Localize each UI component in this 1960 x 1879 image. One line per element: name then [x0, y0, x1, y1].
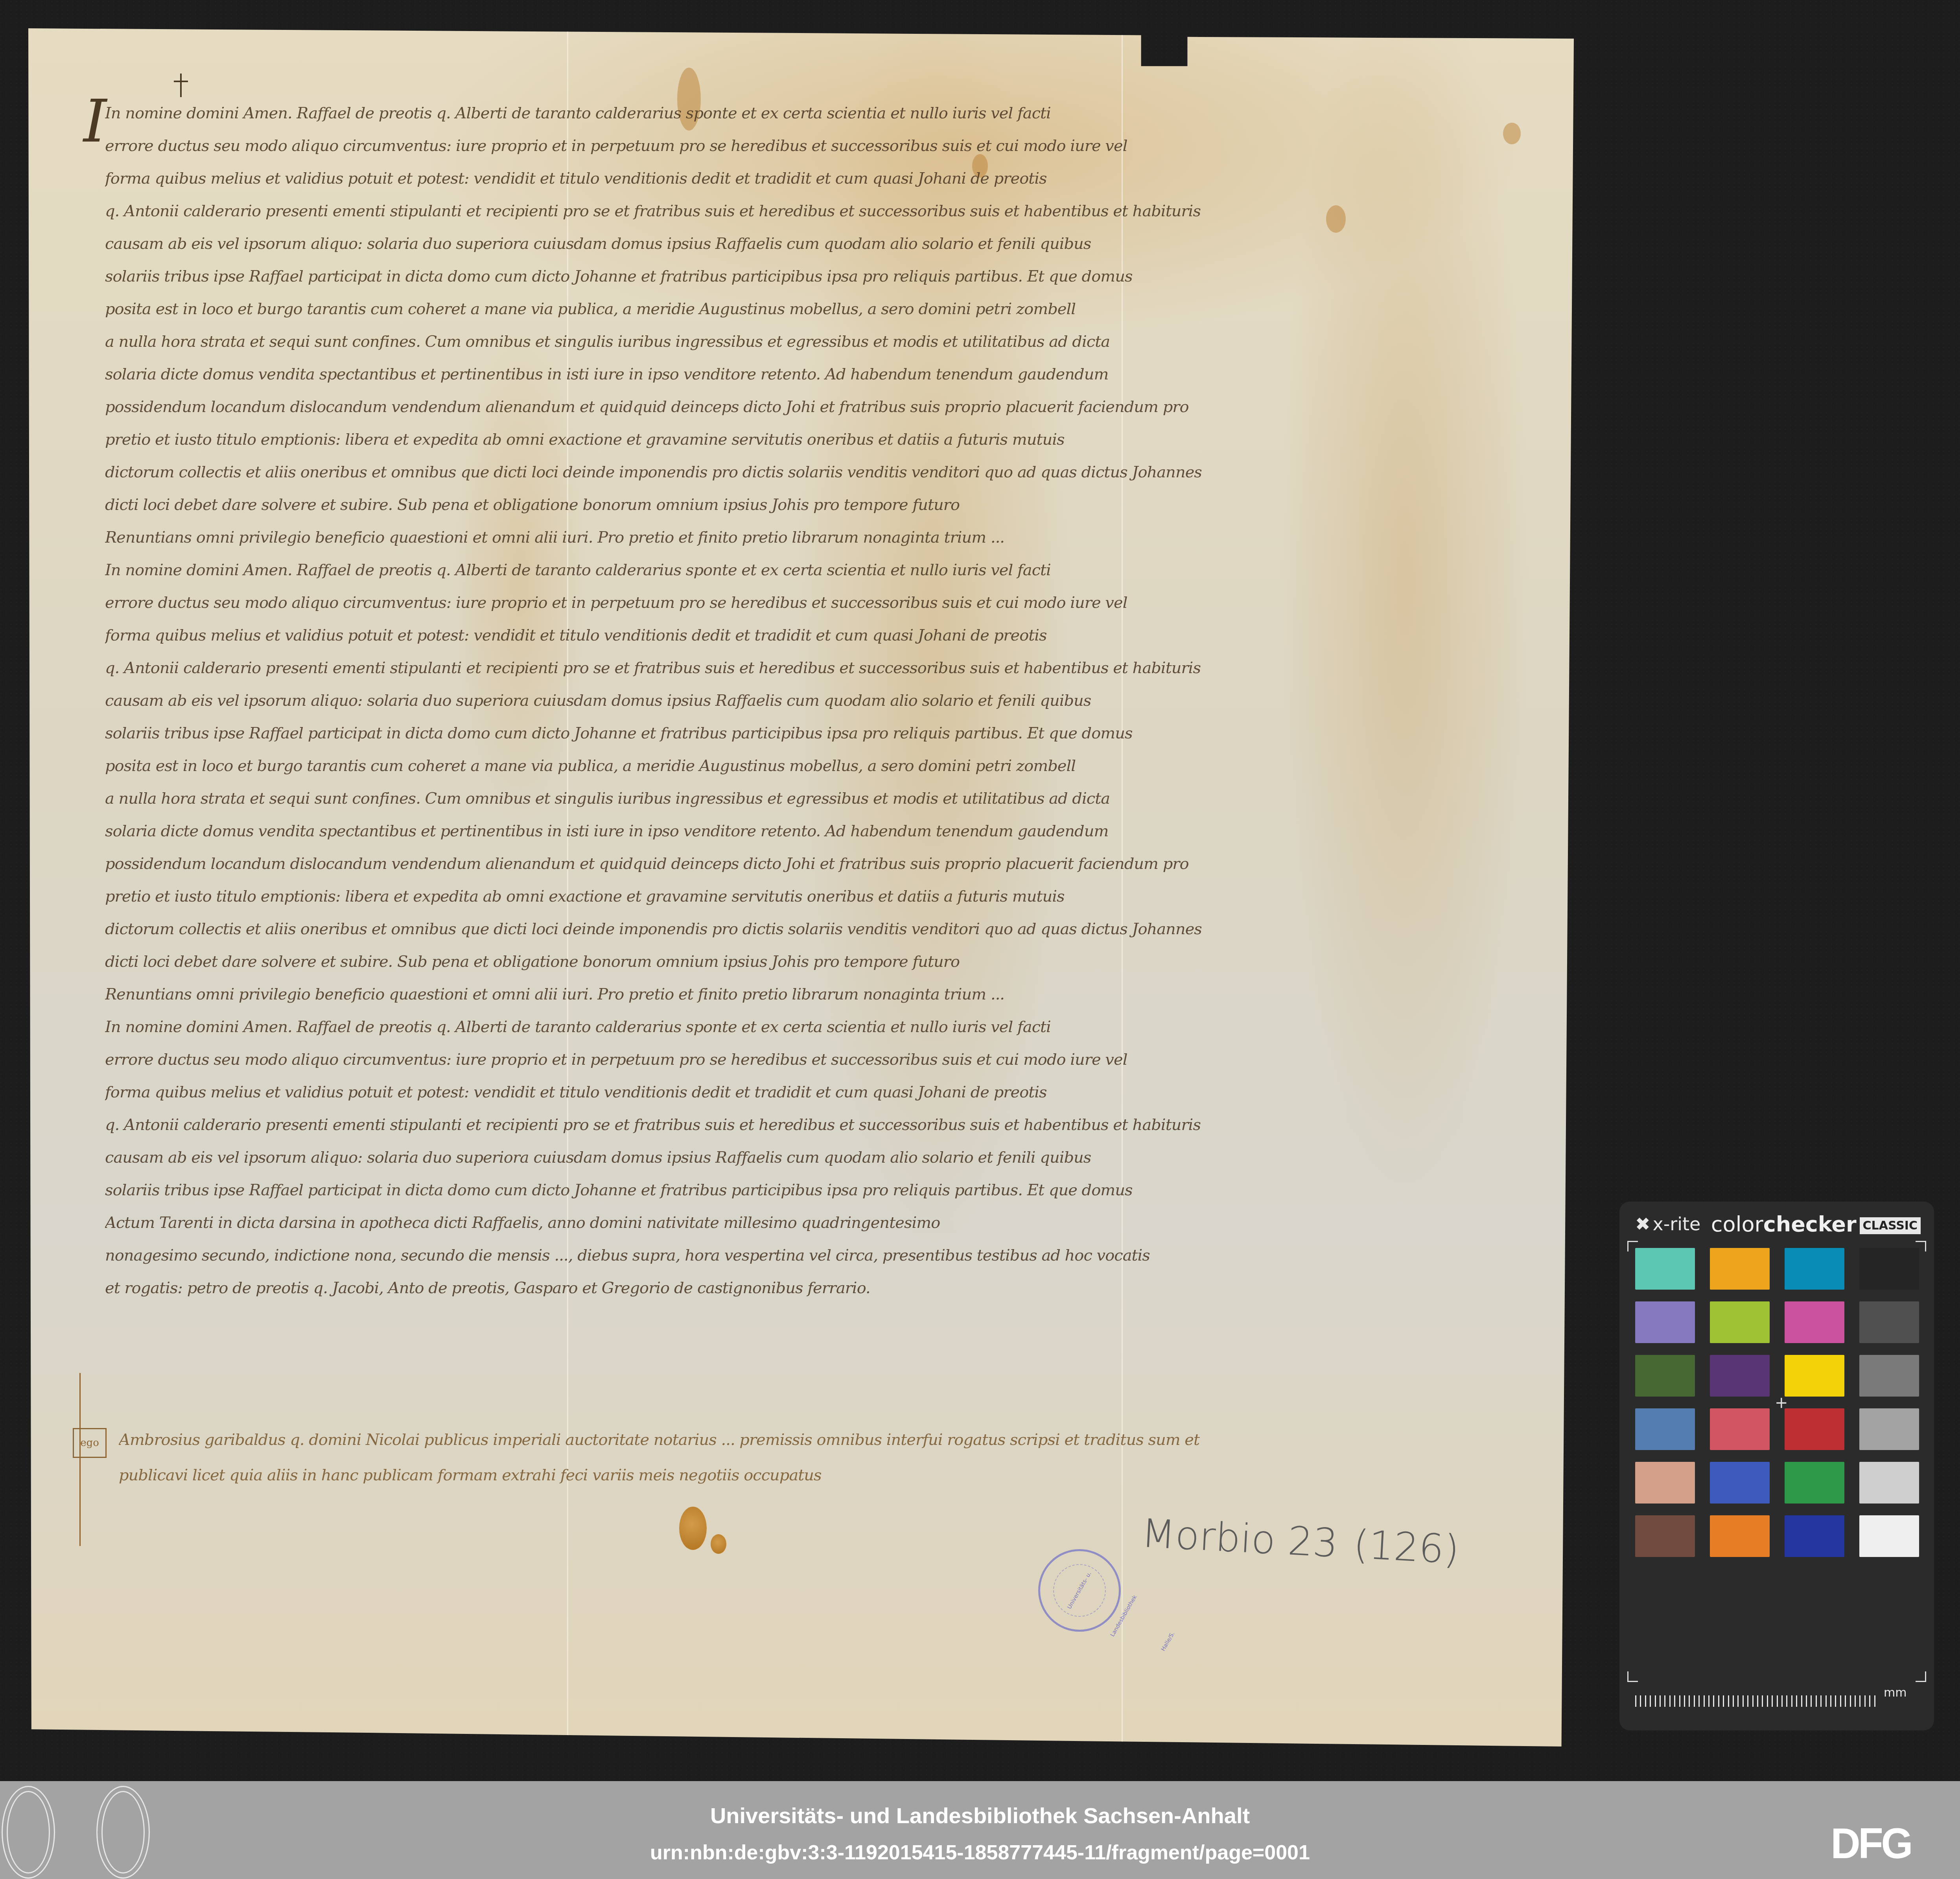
wax-drop — [711, 1534, 726, 1554]
color-patch — [1635, 1408, 1695, 1450]
invocation-cross-icon — [174, 74, 188, 97]
color-patch — [1635, 1515, 1695, 1557]
text-line: forma quibus melius et validius potuit e… — [105, 162, 1568, 195]
notarial-subscription: Ambrosius garibaldus q. domini Nicolai p… — [119, 1422, 1220, 1493]
text-line: forma quibus melius et validius potuit e… — [105, 1076, 1568, 1109]
classic-badge: CLASSIC — [1860, 1217, 1921, 1234]
text-line: pretio et iusto titulo emptionis: libera… — [105, 880, 1568, 913]
colorchecker-title: colorcheckerCLASSIC — [1711, 1212, 1921, 1237]
color-patch — [1635, 1355, 1695, 1397]
text-line: a nulla hora strata et sequi sunt confin… — [105, 326, 1568, 358]
text-line: errore ductus seu modo aliquo circumvent… — [105, 587, 1568, 619]
urn-identifier: urn:nbn:de:gbv:3:3-1192015415-1858777445… — [0, 1841, 1960, 1864]
color-patch — [1785, 1515, 1844, 1557]
shelfmark-text: Morbio 23 — [1140, 1510, 1339, 1566]
color-patch — [1785, 1462, 1844, 1504]
text-line: Renuntians omni privilegio beneficio qua… — [105, 978, 1568, 1011]
text-line: dicti loci debet dare solvere et subire.… — [105, 489, 1568, 521]
text-line: causam ab eis vel ipsorum aliquo: solari… — [105, 1141, 1568, 1174]
pencil-shelfmark: Morbio 23(126) — [1140, 1510, 1460, 1573]
xrite-mark-icon: ✖ — [1635, 1213, 1651, 1235]
shelfmark-number: (126) — [1352, 1521, 1461, 1573]
color-patch — [1785, 1408, 1844, 1450]
text-line: errore ductus seu modo aliquo circumvent… — [105, 1043, 1568, 1076]
color-patch — [1710, 1462, 1770, 1504]
color-patch — [1859, 1301, 1919, 1343]
text-line: solariis tribus ipse Raffael participat … — [105, 1174, 1568, 1207]
color-patch — [1710, 1248, 1770, 1290]
dfg-logo: DFG — [1831, 1818, 1910, 1868]
text-line: dictorum collectis et aliis oneribus et … — [105, 913, 1568, 946]
color-patch — [1635, 1462, 1695, 1504]
subscription-line: Ambrosius garibaldus q. domini Nicolai p… — [119, 1422, 1220, 1458]
text-line: posita est in loco et burgo tarantis cum… — [105, 293, 1568, 326]
text-line: solaria dicte domus vendita spectantibus… — [105, 358, 1568, 391]
text-line: In nomine domini Amen. Raffael de preoti… — [105, 554, 1568, 587]
mm-ruler — [1635, 1689, 1879, 1707]
color-patch — [1785, 1355, 1844, 1397]
text-line: q. Antonii calderario presenti ementi st… — [105, 652, 1568, 685]
text-line: possidendum locandum dislocandum vendend… — [105, 848, 1568, 880]
color-patch — [1785, 1301, 1844, 1343]
text-line: solaria dicte domus vendita spectantibus… — [105, 815, 1568, 848]
colorchecker-target: ✖x-rite colorcheckerCLASSIC + mm — [1619, 1202, 1934, 1730]
text-line: q. Antonii calderario presenti ementi st… — [105, 1109, 1568, 1141]
text-line: posita est in loco et burgo tarantis cum… — [105, 750, 1568, 782]
color-patch — [1859, 1248, 1919, 1290]
wax-drop — [679, 1507, 707, 1550]
text-line: dicti loci debet dare solvere et subire.… — [105, 946, 1568, 978]
charter-text: In nomine domini Amen. Raffael de preoti… — [105, 97, 1568, 1422]
text-line: a nulla hora strata et sequi sunt confin… — [105, 782, 1568, 815]
corner-mark-icon — [1916, 1671, 1926, 1682]
text-line: Renuntians omni privilegio beneficio qua… — [105, 521, 1568, 554]
color-patch — [1859, 1515, 1919, 1557]
color-patch — [1710, 1301, 1770, 1343]
footer-bar: Universitäts- und Landesbibliothek Sachs… — [0, 1781, 1960, 1879]
color-patch — [1785, 1248, 1844, 1290]
crosshair-icon: + — [1775, 1394, 1788, 1412]
color-patch — [1635, 1248, 1695, 1290]
text-line: errore ductus seu modo aliquo circumvent… — [105, 130, 1568, 162]
library-stamp: Universitäts- u. Landesbibliothek Halle/… — [1038, 1549, 1121, 1632]
color-patch — [1859, 1408, 1919, 1450]
text-line: solariis tribus ipse Raffael participat … — [105, 717, 1568, 750]
text-line: In nomine domini Amen. Raffael de preoti… — [105, 97, 1568, 130]
text-line: q. Antonii calderario presenti ementi st… — [105, 195, 1568, 228]
color-patch — [1635, 1301, 1695, 1343]
notary-signum-box: ego — [73, 1428, 107, 1458]
text-line: Actum Tarenti in dicta darsina in apothe… — [105, 1207, 1568, 1239]
color-patch — [1859, 1462, 1919, 1504]
xrite-logo: ✖x-rite — [1635, 1213, 1700, 1235]
text-line: nonagesimo secundo, indictione nona, sec… — [105, 1239, 1568, 1272]
corner-mark-icon — [1627, 1671, 1638, 1682]
notary-signum: ego — [79, 1373, 112, 1546]
text-line: causam ab eis vel ipsorum aliquo: solari… — [105, 685, 1568, 717]
institution-name: Universitäts- und Landesbibliothek Sachs… — [0, 1803, 1960, 1828]
text-line: et rogatis: petro de preotis q. Jacobi, … — [105, 1272, 1568, 1305]
library-stamp-text: Universitäts- u. Landesbibliothek Halle/… — [1043, 1554, 1115, 1626]
color-patch — [1710, 1408, 1770, 1450]
ruler-unit-label: mm — [1884, 1686, 1907, 1700]
color-patch — [1859, 1355, 1919, 1397]
color-patch — [1710, 1515, 1770, 1557]
text-line: dictorum collectis et aliis oneribus et … — [105, 456, 1568, 489]
university-seal-icon — [2, 1786, 55, 1879]
parchment-charter: I In nomine domini Amen. Raffael de preo… — [28, 28, 1574, 1746]
text-line: In nomine domini Amen. Raffael de preoti… — [105, 1011, 1568, 1043]
text-line: causam ab eis vel ipsorum aliquo: solari… — [105, 228, 1568, 260]
text-line: forma quibus melius et validius potuit e… — [105, 619, 1568, 652]
university-seal-icon — [96, 1786, 150, 1879]
text-line: pretio et iusto titulo emptionis: libera… — [105, 423, 1568, 456]
text-line: possidendum locandum dislocandum vendend… — [105, 391, 1568, 423]
initial-letter: I — [83, 87, 107, 156]
text-line: solariis tribus ipse Raffael participat … — [105, 260, 1568, 293]
subscription-line: publicavi licet quia aliis in hanc publi… — [119, 1458, 1220, 1493]
color-patch — [1710, 1355, 1770, 1397]
